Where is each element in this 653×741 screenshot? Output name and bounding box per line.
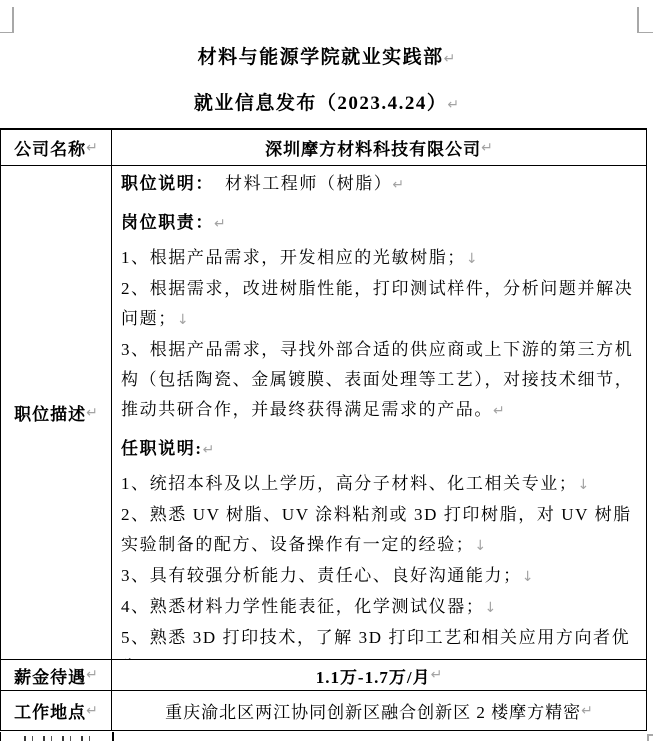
table-row-company: 公司名称↵ 深圳摩方材料科技有限公司↵ xyxy=(1,130,646,165)
line-break-mark-icon: ↓ xyxy=(177,312,189,328)
desc-paragraph-duty-1[interactable]: 1、根据产品需求，开发相应的光敏树脂；↓ xyxy=(121,243,640,274)
company-name-value-cell[interactable]: 深圳摩方材料科技有限公司↵ xyxy=(112,130,646,165)
paragraph-mark-icon: ↵ xyxy=(86,667,98,683)
paragraph-bold-label: 岗位职责： xyxy=(121,213,214,232)
line-break-mark-icon: ↓ xyxy=(474,538,486,554)
desc-paragraph-position-title[interactable]: 职位说明：材料工程师（树脂）↵ xyxy=(121,169,640,200)
company-name-text: 深圳摩方材料科技有限公司 xyxy=(265,135,481,160)
desc-paragraph-duties-header[interactable]: 岗位职责：↵ xyxy=(121,208,640,239)
label-text: 公司名称 xyxy=(14,135,86,160)
clipped-next-row-column-divider xyxy=(112,732,114,741)
clipped-next-table-row xyxy=(0,732,647,741)
job-description-body[interactable]: 职位说明：材料工程师（树脂）↵ 岗位职责：↵ 1、根据产品需求，开发相应的光敏树… xyxy=(112,166,646,659)
paragraph-text: 3、具有较强分析能力、责任心、良好沟通能力； xyxy=(121,566,522,585)
paragraph-mark-icon: ↵ xyxy=(392,177,404,193)
document-title-line-2[interactable]: 就业信息发布（2023.4.24）↵ xyxy=(0,91,653,118)
paragraph-mark-icon: ↵ xyxy=(214,216,226,232)
paragraph-text: 材料工程师（树脂） xyxy=(225,174,392,193)
company-name-label-cell[interactable]: 公司名称↵ xyxy=(1,130,112,165)
salary-value-cell[interactable]: 1.1万-1.7万/月↵ xyxy=(112,660,646,690)
line-break-mark-icon: ↓ xyxy=(485,600,497,616)
paragraph-text: 5、熟悉 3D 打印技术，了解 3D 打印工艺和相关应用方向者优先。 xyxy=(121,628,630,659)
paragraph-text: 1、统招本科及以上学历，高分子材料、化工相关专业； xyxy=(121,474,578,493)
margin-crop-mark-top-left-vertical xyxy=(12,7,14,33)
paragraph-bold-label: 职位说明： xyxy=(121,174,214,193)
paragraph-mark-icon: ↵ xyxy=(581,703,593,719)
paragraph-mark-icon: ↵ xyxy=(203,442,215,458)
desc-paragraph-qualification-4[interactable]: 4、熟悉材料力学性能表征，化学测试仪器；↓ xyxy=(121,592,640,623)
label-text: 工作地点 xyxy=(14,698,86,723)
desc-paragraph-qualifications-header[interactable]: 任职说明:↵ xyxy=(121,434,640,465)
clipped-next-row-label-glyph-tops xyxy=(24,736,100,741)
line-break-mark-icon: ↓ xyxy=(578,477,590,493)
paragraph-text: 4、熟悉材料力学性能表征，化学测试仪器； xyxy=(121,597,485,616)
paragraph-text: 1、根据产品需求，开发相应的光敏树脂； xyxy=(121,248,466,267)
paragraph-mark-icon: ↵ xyxy=(447,97,459,113)
paragraph-mark-icon: ↵ xyxy=(86,140,98,156)
title-text: 材料与能源学院就业实践部 xyxy=(198,47,444,68)
paragraph-mark-icon: ↵ xyxy=(444,51,456,67)
desc-paragraph-qualification-5[interactable]: 5、熟悉 3D 打印技术，了解 3D 打印工艺和相关应用方向者优先。↵ xyxy=(121,623,640,659)
document-title-line-1[interactable]: 材料与能源学院就业实践部↵ xyxy=(0,45,653,72)
desc-paragraph-duty-3[interactable]: 3、根据产品需求，寻找外部合适的供应商或上下游的第三方机构（包括陶瓷、金属镀膜、… xyxy=(121,335,640,426)
margin-crop-mark-top-right-vertical xyxy=(637,7,639,33)
desc-paragraph-duty-2[interactable]: 2、根据需求，改进树脂性能，打印测试样件，分析问题并解决问题；↓ xyxy=(121,274,640,335)
job-info-table: 公司名称↵ 深圳摩方材料科技有限公司↵ 职位描述↵ 职位说明：材料工程师（树脂）… xyxy=(0,128,647,731)
margin-crop-mark-top-right-horizontal xyxy=(637,32,653,34)
table-row-location: 工作地点↵ 重庆渝北区两江协同创新区融合创新区 2 楼摩方精密↵ xyxy=(1,690,646,730)
paragraph-mark-icon: ↵ xyxy=(431,667,443,683)
location-value-cell[interactable]: 重庆渝北区两江协同创新区融合创新区 2 楼摩方精密↵ xyxy=(112,691,646,730)
paragraph-mark-icon: ↵ xyxy=(493,403,505,419)
paragraph-text: 3、根据产品需求，寻找外部合适的供应商或上下游的第三方机构（包括陶瓷、金属镀膜、… xyxy=(121,340,633,419)
paragraph-mark-icon: ↵ xyxy=(86,405,98,421)
desc-paragraph-qualification-2[interactable]: 2、熟悉 UV 树脂、UV 涂料粘剂或 3D 打印树脂，对 UV 树脂实验制备的… xyxy=(121,500,640,561)
margin-crop-mark-bottom-right-vertical xyxy=(647,734,649,741)
paragraph-text: 2、熟悉 UV 树脂、UV 涂料粘剂或 3D 打印树脂，对 UV 树脂实验制备的… xyxy=(121,505,632,554)
salary-text: 1.1万-1.7万/月 xyxy=(316,663,431,688)
line-break-mark-icon: ↓ xyxy=(522,569,534,585)
table-row-salary: 薪金待遇↵ 1.1万-1.7万/月↵ xyxy=(1,659,646,690)
desc-paragraph-qualification-3[interactable]: 3、具有较强分析能力、责任心、良好沟通能力；↓ xyxy=(121,561,640,592)
paragraph-text: 2、根据需求，改进树脂性能，打印测试样件，分析问题并解决问题； xyxy=(121,279,633,328)
word-document-page: { "page": { "title_line1": "材料与能源学院就业实践部… xyxy=(0,0,653,741)
title-text: 就业信息发布（2023.4.24） xyxy=(194,93,448,114)
label-text: 薪金待遇 xyxy=(14,663,86,688)
paragraph-bold-label: 任职说明: xyxy=(121,439,203,458)
paragraph-mark-icon: ↵ xyxy=(481,140,493,156)
job-description-label-cell[interactable]: 职位描述↵ xyxy=(1,166,112,659)
table-row-description: 职位描述↵ 职位说明：材料工程师（树脂）↵ 岗位职责：↵ 1、根据产品需求，开发… xyxy=(1,165,646,659)
label-text: 职位描述 xyxy=(14,400,86,425)
margin-crop-mark-top-left-horizontal xyxy=(0,32,12,34)
salary-label-cell[interactable]: 薪金待遇↵ xyxy=(1,660,112,690)
line-break-mark-icon: ↓ xyxy=(466,251,478,267)
location-text: 重庆渝北区两江协同创新区融合创新区 2 楼摩方精密 xyxy=(165,698,581,723)
paragraph-mark-icon: ↵ xyxy=(86,703,98,719)
location-label-cell[interactable]: 工作地点↵ xyxy=(1,691,112,730)
desc-paragraph-qualification-1[interactable]: 1、统招本科及以上学历，高分子材料、化工相关专业；↓ xyxy=(121,469,640,500)
